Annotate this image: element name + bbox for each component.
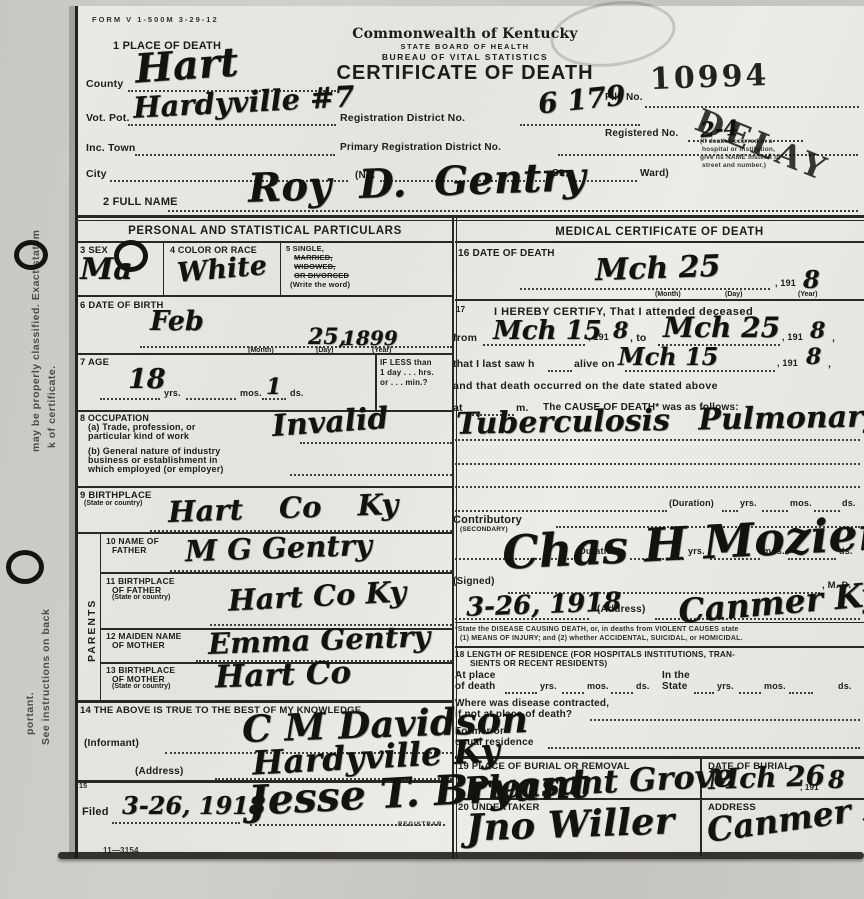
- ds-caption: ds.: [838, 681, 852, 692]
- filed-date-handwriting: 3-26, 1918: [122, 794, 266, 818]
- ward-label: Ward): [640, 168, 669, 180]
- scan-bottom-smear: [58, 852, 864, 859]
- footnote-line: (1) MEANS OF INJURY; and (2) whether ACC…: [460, 635, 743, 643]
- yrs-caption: yrs.: [164, 388, 181, 399]
- date-of-death-label: 16 DATE OF DEATH: [458, 248, 555, 260]
- death-year-digit-handwriting: 8: [803, 268, 820, 292]
- last-saw-date-handwriting: Mch 15: [618, 345, 718, 369]
- year-prefix-print: , 191: [782, 332, 803, 343]
- age-label: 7 AGE: [80, 357, 109, 368]
- personal-section-title: PERSONAL AND STATISTICAL PARTICULARS: [78, 225, 452, 239]
- informant-address-label: (Address): [135, 766, 183, 778]
- occupation-value-handwriting: Invalid: [271, 404, 389, 442]
- hole-punch-ring: [6, 550, 44, 584]
- father-name-label: FATHER: [112, 545, 147, 555]
- cause-of-death-handwriting: Tuberculosis Pulmonary: [456, 402, 864, 439]
- county-value-handwriting: Hart: [134, 42, 240, 89]
- yrs-caption: yrs.: [540, 681, 557, 692]
- marital-write-word-cap: (Write the word): [290, 281, 350, 290]
- attended-from-date-handwriting: Mch 15: [493, 318, 602, 344]
- undertaker-signature-handwriting: Jno Willer: [465, 802, 674, 846]
- father-name-value-handwriting: M G Gentry: [185, 531, 373, 567]
- state-or-country-caption: (State or country): [112, 594, 170, 601]
- day-caption: (Day): [725, 291, 743, 298]
- from-year-digit-handwriting: 8: [613, 320, 628, 342]
- informant-label: (Informant): [84, 738, 139, 750]
- if-less-line: or . . . min.?: [380, 378, 428, 387]
- in-the-state-label: State: [662, 681, 687, 693]
- parents-vertical-label: PARENTS: [86, 599, 98, 662]
- mos-caption: mos.: [790, 498, 812, 509]
- date-of-death-handwriting: Mch 25: [595, 252, 721, 286]
- age-years-handwriting: 18: [128, 366, 166, 393]
- alive-on-label: alive on: [574, 358, 615, 370]
- occupation-a-line: particular kind of work: [88, 431, 189, 442]
- mos-caption: mos.: [764, 681, 786, 692]
- county-label: County: [86, 78, 123, 90]
- medical-section-title: MEDICAL CERTIFICATE OF DEATH: [455, 226, 864, 240]
- signature-date-handwriting: 3-26, 1918: [466, 589, 622, 620]
- city-label: City: [86, 168, 107, 180]
- death-certificate-scan: may be properly classified. Exact statem…: [0, 0, 864, 899]
- ds-caption: ds.: [636, 681, 650, 692]
- registered-no-label: Registered No.: [605, 128, 678, 140]
- file-no-stamp: 10994: [649, 58, 770, 97]
- hole-punch-ring: [14, 240, 48, 270]
- color-race-value-handwriting: White: [176, 252, 268, 287]
- month-caption: (Month): [655, 291, 681, 298]
- certify-item-number: 17: [456, 305, 465, 314]
- saw-year-digit-handwriting: 8: [806, 346, 821, 368]
- margin-note-fragment: k of certificate.: [46, 365, 58, 448]
- vot-pot-label: Vot. Pot.: [86, 112, 130, 124]
- duration-caption: (Duration): [669, 498, 714, 509]
- if-less-line: 1 day . . . hrs.: [380, 368, 434, 377]
- occupation-b-line: which employed (or employer): [88, 464, 224, 475]
- full-name-label: 2 FULL NAME: [103, 196, 178, 209]
- burial-date-handwriting: Mch 26: [708, 762, 826, 794]
- mos-caption: mos.: [587, 681, 609, 692]
- year-prefix-print: , 191: [775, 278, 796, 289]
- mos-caption: mos.: [240, 388, 262, 399]
- primary-registration-label: Primary Registration District No.: [340, 142, 501, 154]
- margin-note-fragment: portant.: [24, 692, 36, 735]
- mother-birthplace-value-handwriting: Hart Co: [215, 658, 352, 694]
- residence-label-line: SIENTS OR RECENT RESIDENTS): [470, 659, 607, 669]
- ds-caption: ds.: [290, 388, 304, 399]
- comma-print: ,: [828, 358, 831, 370]
- full-name-value-handwriting: Roy D. Gentry: [247, 157, 586, 209]
- attended-to-date-handwriting: Mch 25: [663, 314, 780, 342]
- margin-note-fragment: See instructions on back: [40, 609, 52, 745]
- inc-town-label: Inc. Town: [86, 142, 135, 154]
- state-or-country-caption: (State or country): [112, 683, 170, 690]
- mother-maiden-name-value-handwriting: Emma Gentry: [208, 622, 431, 659]
- mother-maiden-name-label: OF MOTHER: [112, 640, 165, 650]
- state-or-country-caption: (State or country): [84, 500, 142, 507]
- birth-year-handwriting: 1899: [342, 328, 398, 348]
- comma-print: ,: [832, 332, 835, 344]
- signed-label: (Signed): [453, 576, 495, 588]
- birth-day-handwriting: 25,: [308, 326, 346, 348]
- filed-item-number: 15: [79, 783, 87, 791]
- filed-label: Filed: [82, 806, 109, 819]
- birthplace-value-handwriting: Hart Co Ky: [168, 490, 399, 527]
- last-saw-label: that I last saw h: [453, 358, 535, 370]
- form-code: FORM V 1-500M 3-29-12: [92, 16, 219, 25]
- registration-district-label: Registration District No.: [340, 112, 465, 124]
- year-prefix-print: , 191: [777, 358, 798, 369]
- yrs-caption: yrs.: [717, 681, 734, 692]
- death-occurred-statement: and that death occurred on the date stat…: [453, 380, 718, 392]
- to-year-digit-handwriting: 8: [810, 320, 825, 342]
- hole-punch-ring: [114, 240, 148, 272]
- yrs-caption: yrs.: [740, 498, 757, 509]
- at-place-label: of death: [455, 681, 496, 693]
- if-less-line: IF LESS than: [380, 358, 432, 367]
- birth-month-handwriting: Feb: [150, 308, 204, 335]
- certificate-title: CERTIFICATE OF DEATH: [320, 62, 610, 86]
- age-days-handwriting: 1: [266, 376, 281, 398]
- burial-year-digit-handwriting: 8: [828, 768, 845, 792]
